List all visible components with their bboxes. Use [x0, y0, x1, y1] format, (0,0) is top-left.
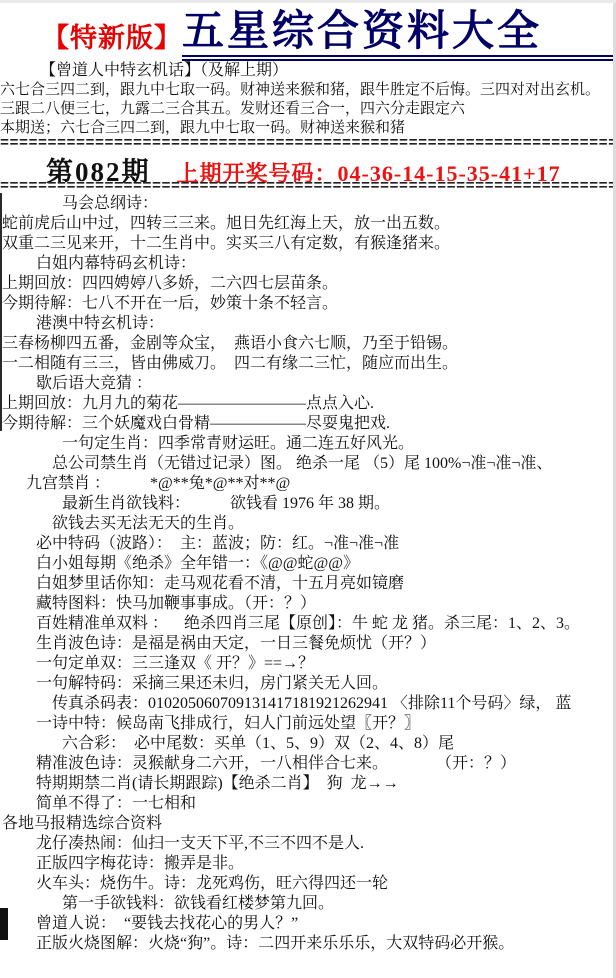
body-line: 一句定单双：三三逢双《 开？》==→？: [0, 654, 616, 674]
body-line: 今期待解：三个妖魔戏白骨精——————尽耍鬼把戏.: [0, 414, 616, 434]
body-line: 正版火烧图解：火烧“狗”。诗：二四开来乐乐乐，大双特码必开猴。: [0, 934, 616, 954]
body-line: 一句解特码：采摘三果还未归，房门紧关无人回。: [0, 674, 616, 694]
body-line: 必中特码（波路）： 主：蓝波；防：红。¬准¬准¬准: [0, 534, 616, 554]
body-line: 总公司禁生肖（无错过记录）图。 绝杀一尾 （5）尾 100%¬准¬准¬准、: [0, 454, 616, 474]
body-line: 特期期禁二肖(请长期跟踪)【绝杀二肖】 狗 龙→→: [0, 774, 616, 794]
body-line: 今期待解：七八不开在一后，妙策十条不轻言。: [0, 294, 616, 314]
poem-line: 双重二三见来开，十二生肖中。实买三八有定数，有猴逢猪来。: [0, 234, 616, 254]
body-line: 百姓精准单双料 ： 绝杀四肖三尾【原创】：牛 蛇 龙 猪。杀三尾：1、2、3。: [0, 614, 616, 634]
page-title: 五星综合资料大全: [182, 9, 616, 61]
body-content: 马会总纲诗： 蛇前虎后山中过，四转三三来。旭日先红海上天，放一出五数。 双重二三…: [0, 194, 616, 954]
poem-line: 三春杨柳四五番，金剧等众宝， 燕语小食六七顺，乃至于铅锡。: [0, 334, 616, 354]
lottery-info-sheet: 【特新版】 五星综合资料大全 【曾道人中特玄机话】（及解上期） 六七合三四二到，…: [0, 0, 616, 978]
intro-line: 六七合三四二到，跟九中七取一码。财神送来猴和猪，跟牛胜定不后悔。三四对对出玄机。: [0, 81, 616, 100]
section-heading: 马会总纲诗：: [0, 194, 616, 214]
intro-line: 三跟二八便三七，九露二三合其五。发财还看三合一，四六分走跟定六: [0, 100, 616, 119]
body-line: 传真杀码表：010205060709131417181921262941 〈排除…: [0, 694, 616, 714]
separator-line: ========================================…: [0, 181, 616, 193]
body-line: 第一手欲钱料：欲钱看红楼梦第九回。: [0, 894, 616, 914]
poem-line: 一二相随有三三，皆由佛威刀。 四二有缘二三忙，随应而出生。: [0, 354, 616, 374]
body-line: 上期回放：九月九的菊花————————点点入心.: [0, 394, 616, 414]
section-heading: 白姐内幕特码玄机诗：: [0, 254, 616, 274]
body-line: 白姐梦里话你知：走马观花看不清，十五月亮如镜磨: [0, 574, 616, 594]
section-heading: 港澳中特玄机诗：: [0, 314, 616, 334]
body-line: 最新生肖欲钱料： 欲钱看 1976 年 38 期。: [0, 494, 616, 514]
body-line: 六合彩： 必中尾数：买单（1、5、9）双（2、4、8）尾: [0, 734, 616, 754]
section-heading: 歇后语大竞猜 ：: [0, 374, 616, 394]
body-line: 正版四字梅花诗：搬弄是非。: [0, 854, 616, 874]
body-line: 龙仔凑热闹：仙扫一支天下平,不三不四不是人.: [0, 834, 616, 854]
edition-tag: 【特新版】: [42, 16, 182, 61]
body-line: 生肖波色诗：是福是祸由天定，一日三餐免烦忧（开？）: [0, 634, 616, 654]
body-line: 一句定生肖：四季常青财运旺。通二连五好风光。: [0, 434, 616, 454]
body-line: 一诗中特：候岛南飞排成行，妇人门前远处望〖开？〗: [0, 714, 616, 734]
body-line: 欲钱去买无法无天的生肖。: [0, 514, 616, 534]
poem-line: 蛇前虎后山中过，四转三三来。旭日先红海上天，放一出五数。: [0, 214, 616, 234]
section-heading: 各地马报精选综合资料: [0, 814, 616, 834]
body-line: 藏特图料：快马加鞭事事成。（开：？）: [0, 594, 616, 614]
body-line: 白小姐每期《绝杀》全年错一：《@@蛇@@》: [0, 554, 616, 574]
body-line: 简单不得了：一七相和: [0, 794, 616, 814]
separator-line: ========================================…: [0, 138, 616, 150]
issue-banner: 第082期 上期开奖号码：04-36-14-15-35-41+17: [0, 150, 616, 181]
body-line: 上期回放：四四娉婷八多娇，二六四七层苗条。: [0, 274, 616, 294]
scan-artifact-blot: [0, 908, 8, 940]
body-line: 曾道人说： “要钱去找花心的男人？”: [0, 914, 616, 934]
body-line: 精准波色诗：灵猴献身二六开，一八相伴合七来。 （开：？）: [0, 754, 616, 774]
body-line: 九宫禁肖 ： *@**兔*@**对**@: [0, 474, 616, 494]
intro-line: 本期送；六七合三四二到，跟九中七取一码。财神送来猴和猪: [0, 119, 616, 138]
masthead: 【特新版】 五星综合资料大全: [0, 3, 616, 61]
subhead: 【曾道人中特玄机话】（及解上期）: [0, 61, 616, 81]
scan-artifact-line: [0, 193, 2, 431]
body-line: 火车头：烧伤牛。诗：龙死鸡伤，旺六得四还一轮: [0, 874, 616, 894]
